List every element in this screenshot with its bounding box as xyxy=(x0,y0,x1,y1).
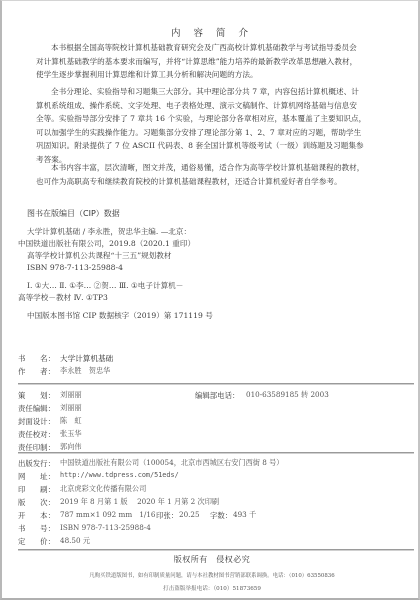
divider xyxy=(18,452,414,453)
editor-value: 刘丽丽 xyxy=(60,403,82,413)
divider xyxy=(18,549,414,550)
cip-heading: 图书在版编目（CIP）数据 xyxy=(27,208,120,219)
editor-label: 责任编辑： xyxy=(18,403,55,414)
book-title-value: 大学计算机基础 xyxy=(60,353,113,364)
copyright-page: 内 容 简 介 本书根据全国高等院校计算机基础教育研究会及广西高校计算机基础教学… xyxy=(0,0,420,600)
summary-paragraph-3: 本书内容丰富，层次清晰，图文并茂，通俗易懂，适合作为高等学校计算机基础课程的教材… xyxy=(36,161,394,188)
format-label: 开 本： xyxy=(18,510,55,521)
cip-classification: Ⅰ. ①大… Ⅱ. ①李… ②贺… Ⅲ. ①电子计算机－ xyxy=(27,280,183,292)
sheets-value: 20.25 xyxy=(179,510,200,519)
author-value: 李永胜 贺忠华 xyxy=(60,366,110,376)
isbn-value: ISBN 978-7-113-25988-4 xyxy=(60,523,151,532)
book-title-label: 书 名： xyxy=(18,353,55,364)
summary-title: 内 容 简 介 xyxy=(2,25,420,39)
phone-value: 010-63589185 转 2003 xyxy=(246,390,329,400)
print-manager-value: 郭向伟 xyxy=(60,442,82,452)
text-line: 本书内容丰富，层次清晰，图文并茂，通俗易懂，适合作为高等学校计算机基础课程的教材… xyxy=(36,161,394,175)
proofreader-value: 张玉华 xyxy=(60,429,82,439)
format-value: 787 mm×1 092 mm 1/16 xyxy=(60,510,155,520)
text-line: 全书分理论、实验指导和习题集三大部分。其中理论部分共 7 章，内容包括计算机概述… xyxy=(36,85,394,99)
sheets-label: 印张： xyxy=(156,510,178,521)
cip-line: 大学计算机基础 / 李永胜，贺忠华主编. —北京： xyxy=(27,226,191,238)
text-line: 本书根据全国高等院校计算机基础教育研究会及广西高校计算机基础教学与考试指导委员会 xyxy=(36,41,394,55)
cover-designer-label: 封面设计： xyxy=(18,416,55,427)
divider xyxy=(18,383,414,384)
edition-label: 版 次： xyxy=(18,497,55,508)
cip-line: 高等学校计算机公共课程“十三五”规划教材 xyxy=(27,250,171,262)
price-value: 48.50 元 xyxy=(60,536,90,546)
author-label: 作 者： xyxy=(18,366,55,377)
cip-isbn: ISBN 978-7-113-25988-4 xyxy=(27,262,123,274)
printer-value: 北京虎彩文化传播有限公司 xyxy=(60,484,146,494)
text-line: 可以加强学生的实践操作能力。习题集部分安排了理论部分第 1、2、7 章对应的习题… xyxy=(36,126,394,140)
publisher-value: 中国铁道出版社有限公司（100054，北京市西城区右安门西街 8 号） xyxy=(60,458,283,468)
text-line: 对计算机基础教学的基本要求而编写，并将“计算思维”能力培养的最新教学改革思想融入… xyxy=(36,55,394,69)
price-label: 定 价： xyxy=(18,536,55,547)
planner-label: 策 划： xyxy=(18,390,55,401)
printer-label: 印 刷： xyxy=(18,484,55,495)
text-line: 使学生逐步掌握利用计算思维和计算工具分析和解决问题的方法。 xyxy=(36,68,394,82)
cip-line: 中国铁道出版社有限公司，2019.8（2020.1 重印） xyxy=(18,238,195,250)
text-line: 也可作为高职高专和继续教育院校的计算机基础课程教材，还适合计算机爱好者自学参考。 xyxy=(36,175,394,189)
word-count-value: 493 千 xyxy=(233,510,256,520)
publisher-label: 出版发行： xyxy=(18,458,55,469)
website-link[interactable]: http://www.tdpress.com/51eds/ xyxy=(60,471,179,479)
phone-label: 编辑部电话： xyxy=(195,390,239,401)
cip-record: 中国版本图书馆 CIP 数据核字（2019）第 171119 号 xyxy=(27,310,213,322)
edition-value: 2019 年 8 月第 1 版 2020 年 1 月第 2 次印刷 xyxy=(60,497,219,507)
website-label: 网 址： xyxy=(18,471,55,482)
text-line: 巩固知识。附录提供了 7 位 ASCII 代码表、8 套全国计算机等级考试（一级… xyxy=(36,139,394,153)
piracy-hotline: 打击盗版举报电话：（010）51873659 xyxy=(2,584,420,592)
cover-designer-value: 陈 虹 xyxy=(60,416,82,426)
copyright-notice: 凡购买铁道版图书，如有印制质量问题，请与本社教材图书营销部联系调换。电话：（01… xyxy=(2,571,420,579)
copyright-heading: 版权所有 侵权必究 xyxy=(2,554,420,565)
text-line: 算机系统组成、操作系统、文字处理、电子表格处理、演示文稿制作、计算机网络基础与信… xyxy=(36,99,394,113)
summary-paragraph-2: 全书分理论、实验指导和习题集三大部分。其中理论部分共 7 章，内容包括计算机概述… xyxy=(36,85,394,166)
isbn-label: 书 号： xyxy=(18,523,55,534)
cip-classification: 高等学校－教材 Ⅳ. ①TP3 xyxy=(18,292,108,304)
word-count-label: 字数： xyxy=(210,510,232,521)
summary-paragraph-1: 本书根据全国高等院校计算机基础教育研究会及广西高校计算机基础教学与考试指导委员会… xyxy=(36,41,394,82)
text-line: 全等。实验指导部分安排了 7 章共 16 个实验，与理论部分各章相对应，基本覆盖… xyxy=(36,112,394,126)
planner-value: 刘丽丽 xyxy=(60,390,82,400)
proofreader-label: 责任校对： xyxy=(18,429,55,440)
